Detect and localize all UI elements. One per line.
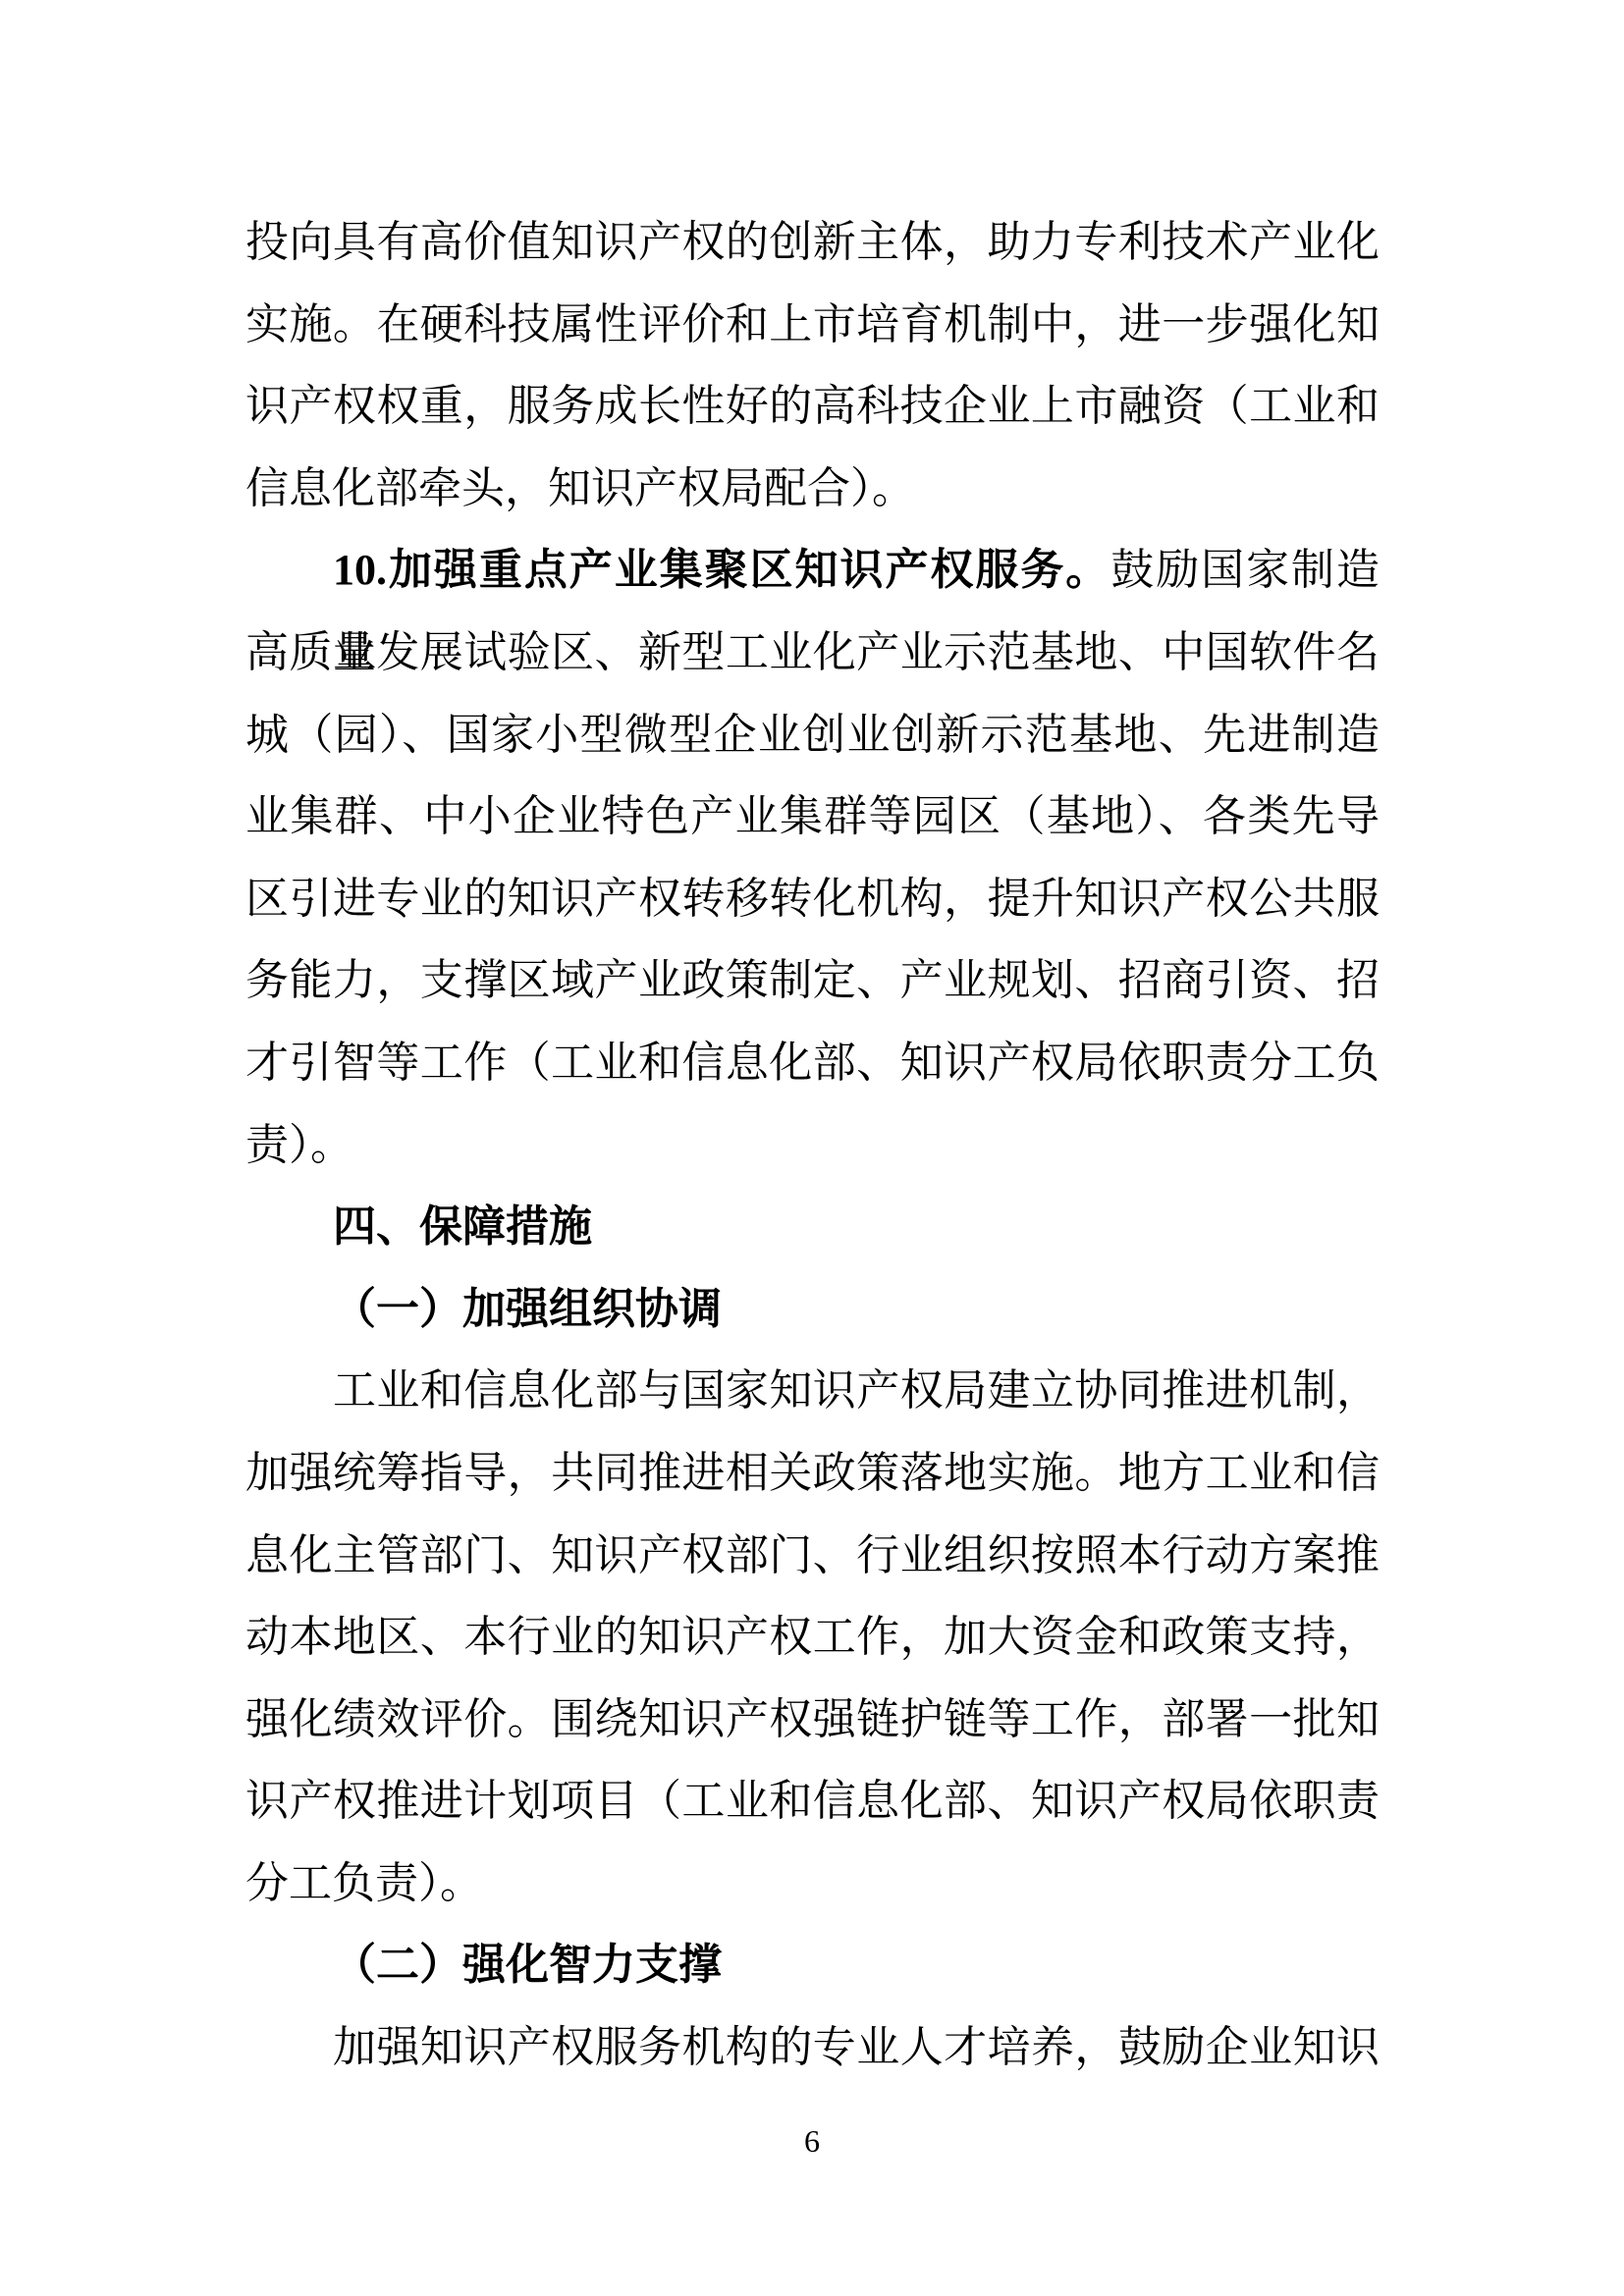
text-segment: （二）强化智力支撑 (333, 1941, 722, 1989)
text-line: 工业和信息化部与国家知识产权局建立协同推进机制， (245, 1350, 1380, 1432)
text-segment: 动本地区、本行业的知识产权工作，加大资金和政策支持， (245, 1613, 1380, 1661)
text-line: 务能力，支撑区域产业政策制定、产业规划、招商引资、招 (245, 939, 1380, 1022)
text-segment: 工业和信息化部与国家知识产权局建立协同推进机制， (333, 1366, 1380, 1415)
text-segment: 业集群、中小企业特色产业集群等园区（基地）、各类先导 (245, 792, 1380, 840)
text-segment: 加强知识产权服务机构的专业人才培养，鼓励企业知识 (333, 2023, 1380, 2071)
text-line: 业集群、中小企业特色产业集群等园区（基地）、各类先导 (245, 775, 1380, 858)
text-line: 才引智等工作（工业和信息化部、知识产权局依职责分工负 (245, 1022, 1380, 1104)
text-line: 责）。 (245, 1104, 1380, 1187)
text-segment: 分工负责）。 (245, 1859, 483, 1907)
text-line: 强化绩效评价。围绕知识产权强链护链等工作，部署一批知 (245, 1679, 1380, 1761)
text-line: 加强统筹指导，共同推进相关政策落地实施。地方工业和信 (245, 1432, 1380, 1515)
text-line: 高质量发展试验区、新型工业化产业示范基地、中国软件名 (245, 612, 1380, 694)
document-body: 投向具有高价值知识产权的创新主体，助力专利技术产业化实施。在硬科技属性评价和上市… (245, 201, 1380, 2089)
text-line: 信息化部牵头，知识产权局配合）。 (245, 448, 1380, 530)
text-line: 10.加强重点产业集聚区知识产权服务。鼓励国家制造业 (245, 529, 1380, 612)
page-number: 6 (0, 2123, 1624, 2160)
text-line: 息化主管部门、知识产权部门、行业组织按照本行动方案推 (245, 1515, 1380, 1597)
text-segment: 实施。在硬科技属性评价和上市培育机制中，进一步强化知 (245, 300, 1380, 348)
text-segment: 识产权推进计划项目（工业和信息化部、知识产权局依职责 (245, 1777, 1380, 1825)
text-segment: 投向具有高价值知识产权的创新主体，助力专利技术产业化 (245, 218, 1380, 266)
text-segment: 城（园）、国家小型微型企业创业创新示范基地、先进制造 (245, 711, 1380, 759)
text-line: 加强知识产权服务机构的专业人才培养，鼓励企业知识 (245, 2006, 1380, 2089)
text-segment: 高质量发展试验区、新型工业化产业示范基地、中国软件名 (245, 628, 1380, 676)
document-page: 投向具有高价值知识产权的创新主体，助力专利技术产业化实施。在硬科技属性评价和上市… (0, 0, 1624, 2296)
text-line: （二）强化智力支撑 (245, 1924, 1380, 2006)
text-segment: （一）加强组织协调 (333, 1285, 722, 1333)
text-segment: 区引进专业的知识产权转移转化机构，提升知识产权公共服 (245, 875, 1380, 923)
text-segment: 息化主管部门、知识产权部门、行业组织按照本行动方案推 (245, 1531, 1380, 1579)
text-segment: 务能力，支撑区域产业政策制定、产业规划、招商引资、招 (245, 956, 1380, 1004)
text-segment: 强化绩效评价。围绕知识产权强链护链等工作，部署一批知 (245, 1695, 1380, 1743)
text-line: 分工负责）。 (245, 1842, 1380, 1925)
text-line: 识产权推进计划项目（工业和信息化部、知识产权局依职责 (245, 1760, 1380, 1842)
text-line: 四、保障措施 (245, 1186, 1380, 1268)
text-line: 区引进专业的知识产权转移转化机构，提升知识产权公共服 (245, 858, 1380, 940)
text-line: 实施。在硬科技属性评价和上市培育机制中，进一步强化知 (245, 284, 1380, 366)
text-segment: 加强统筹指导，共同推进相关政策落地实施。地方工业和信 (245, 1449, 1380, 1497)
text-segment: 责）。 (245, 1121, 353, 1169)
text-segment: 信息化部牵头，知识产权局配合）。 (245, 464, 915, 512)
text-line: 识产权权重，服务成长性好的高科技企业上市融资（工业和 (245, 365, 1380, 448)
text-line: （一）加强组织协调 (245, 1268, 1380, 1351)
text-segment: 四、保障措施 (333, 1202, 592, 1251)
text-line: 城（园）、国家小型微型企业创业创新示范基地、先进制造 (245, 694, 1380, 776)
text-segment: 才引智等工作（工业和信息化部、知识产权局依职责分工负 (245, 1039, 1380, 1087)
text-segment: 识产权权重，服务成长性好的高科技企业上市融资（工业和 (245, 382, 1380, 430)
text-line: 动本地区、本行业的知识产权工作，加大资金和政策支持， (245, 1596, 1380, 1679)
text-line: 投向具有高价值知识产权的创新主体，助力专利技术产业化 (245, 201, 1380, 284)
text-segment: 10.加强重点产业集聚区知识产权服务。 (333, 546, 1110, 594)
